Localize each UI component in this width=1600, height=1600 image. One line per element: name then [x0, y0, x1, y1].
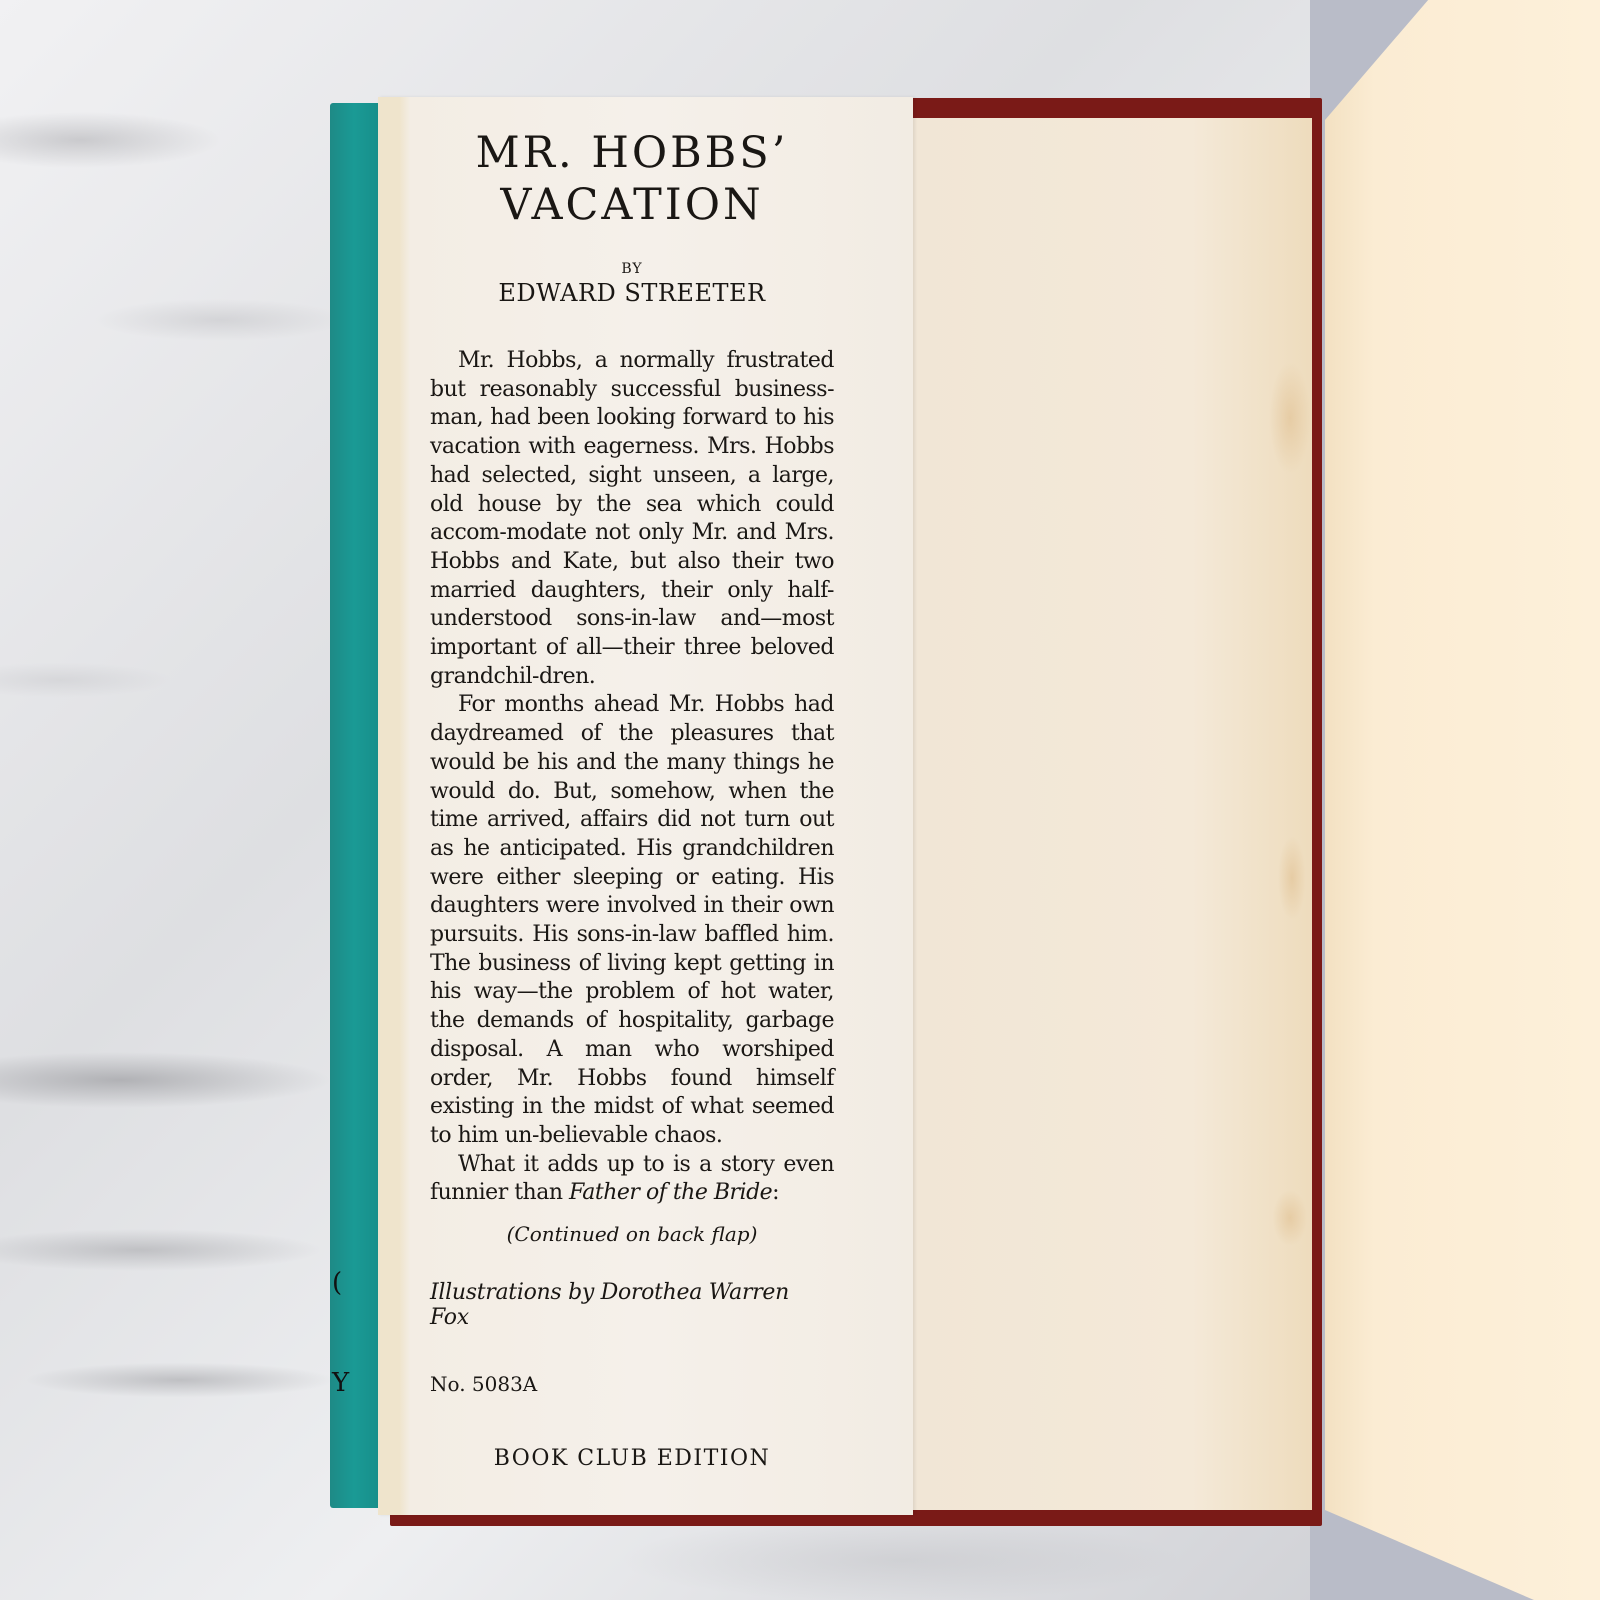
blurb-paragraph: For months ahead Mr. Hobbs had daydreame… — [430, 691, 834, 1150]
endpaper — [910, 118, 1312, 1510]
author-name: EDWARD STREETER — [430, 279, 834, 307]
dust-jacket-flap: MR. HOBBS’ VACATION BY EDWARD STREETER M… — [378, 97, 913, 1515]
title-line-2: VACATION — [430, 179, 834, 231]
flap-text: MR. HOBBS’ VACATION BY EDWARD STREETER M… — [430, 97, 834, 1471]
illustrations-credit: Illustrations by Dorothea Warren Fox — [430, 1280, 834, 1330]
spine-glyph: ( — [332, 1268, 342, 1298]
blurb-paragraph: Mr. Hobbs, a normally frustrated but rea… — [430, 347, 834, 691]
spine-glyph: Y — [332, 1368, 349, 1398]
blurb: Mr. Hobbs, a normally frustrated but rea… — [430, 347, 834, 1208]
catalog-number: No. 5083A — [430, 1372, 834, 1396]
book-title: MR. HOBBS’ VACATION — [430, 127, 834, 231]
title-line-1: MR. HOBBS’ — [430, 127, 834, 179]
referenced-title: Father of the Bride — [569, 1180, 772, 1205]
edition-label: BOOK CLUB EDITION — [430, 1446, 834, 1471]
final-end: : — [772, 1180, 779, 1205]
open-blank-page — [1325, 0, 1600, 1600]
by-label: BY — [430, 261, 834, 277]
blurb-paragraph-final: What it adds up to is a story even funni… — [430, 1151, 834, 1208]
continued-note: (Continued on back flap) — [430, 1222, 834, 1246]
